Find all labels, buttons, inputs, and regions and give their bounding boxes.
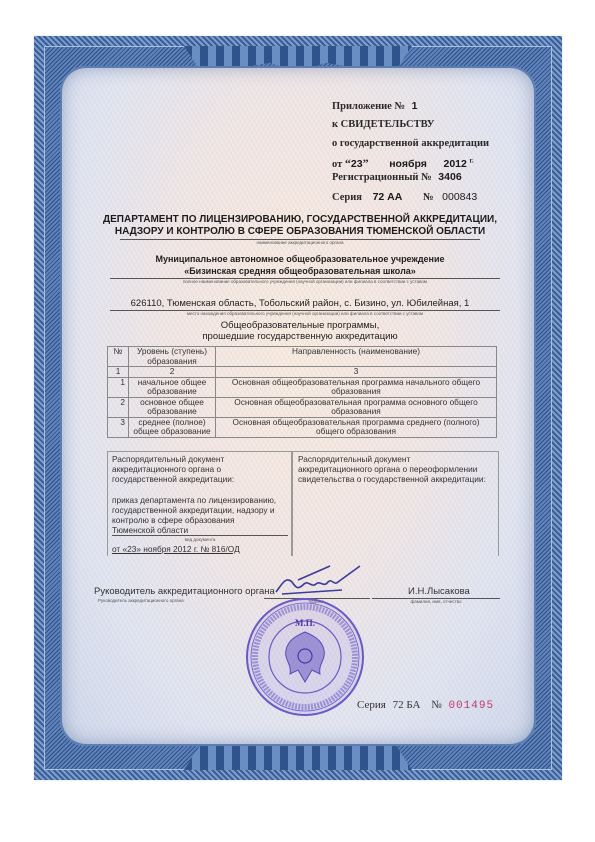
table-row: 3 среднее (полное) общее образование Осн… [108,417,497,437]
index-cell: 3 [216,367,497,378]
accreditation-order-body: приказ департамента по лицензированию, г… [112,495,288,525]
date-day: 23 [351,158,363,170]
programs-table: № Уровень (ступень) образования Направле… [107,346,497,438]
header-number: № [108,347,129,367]
row-program: Основная общеобразовательная программа о… [216,397,497,417]
accreditation-order-region: Тюменской области [112,525,288,535]
series-label: Серия [332,192,362,203]
document-type-caption: вид документа [112,537,288,542]
appendix-number: 1 [412,100,418,112]
header-level: Уровень (ступень) образования [129,347,216,367]
registration-label: Регистрационный № [332,172,432,183]
registration-line: Регистрационный № 3406 [332,171,462,183]
blank-series-value: 72 БА [393,699,421,711]
row-number: 2 [108,397,129,417]
institution-address: 626110, Тюменская область, Тобольский ра… [100,298,500,309]
programs-title: Общеобразовательные программы, прошедшие… [100,320,500,342]
date-suffix: г. [469,157,473,165]
date-year: 2012 [443,158,466,170]
institution-caption: полное наименование образовательного учр… [110,279,500,284]
date-month: ноября [389,158,427,170]
institution-name: Муниципальное автономное общеобразовател… [100,253,500,277]
reissue-order-box: Распорядительный документ аккредитационн… [291,451,499,556]
programs-title-line-2: прошедшие государственную аккредитацию [100,331,500,342]
series-line: Серия 72 АА № 000843 [332,191,477,203]
table-index-row: 1 2 3 [108,367,497,378]
official-seal-icon: М.П. [244,596,366,718]
row-level: основное общее образование [129,397,216,417]
department-line-2: НАДЗОРУ И КОНТРОЛЮ В СФЕРЕ ОБРАЗОВАНИЯ Т… [100,226,500,238]
signatory-role-caption: Руководитель аккредитационного органа [98,598,184,603]
row-program: Основная общеобразовательная программа н… [216,377,497,397]
svg-text:М.П.: М.П. [295,618,315,628]
document-type-rule [112,535,288,536]
date-prefix: от [332,159,342,170]
accreditation-order-box: Распорядительный документ аккредитационн… [107,451,293,556]
row-level: начальное общее образование [129,377,216,397]
to-certificate-label: к СВИДЕТЕЛЬСТВУ [332,119,434,130]
header-program: Направленность (наименование) [216,347,497,367]
table-header-row: № Уровень (ступень) образования Направле… [108,347,497,367]
accreditation-label: о государственной аккредитации [332,138,489,149]
row-number: 1 [108,377,129,397]
table-row: 1 начальное общее образование Основная о… [108,377,497,397]
row-level: среднее (полное) общее образование [129,417,216,437]
blank-series-label: Серия [357,699,386,711]
address-caption: место нахождения образовательного учрежд… [110,311,500,316]
signatory-name-caption: фамилия, имя, отчество [372,599,500,604]
reissue-order-title: Распорядительный документ аккредитационн… [298,454,486,484]
signatory-name: И.Н.Лысакова [408,586,470,597]
institution-line-2: «Бизинская средняя общеобразовательная ш… [100,265,500,277]
table-row: 2 основное общее образование Основная об… [108,397,497,417]
date-line: от “23” ноября 2012 г. [332,156,502,171]
number-label: № [423,192,434,203]
registration-number: 3406 [438,171,461,183]
appendix-label: Приложение № [332,101,405,112]
department-caption: наименование аккредитационного органа [120,240,480,245]
programs-title-line-1: Общеобразовательные программы, [100,320,500,331]
row-program: Основная общеобразовательная программа с… [216,417,497,437]
department-line-1: ДЕПАРТАМЕНТ ПО ЛИЦЕНЗИРОВАНИЮ, ГОСУДАРСТ… [100,214,500,226]
row-number: 3 [108,417,129,437]
number-value: 000843 [442,191,477,203]
blank-number-value: 001495 [448,700,494,712]
index-cell: 1 [108,367,129,378]
institution-line-1: Муниципальное автономное общеобразовател… [100,253,500,265]
index-cell: 2 [129,367,216,378]
accreditation-order-title: Распорядительный документ аккредитационн… [112,454,284,484]
accreditation-order-date: от «23» ноября 2012 г. № 816/ОД [112,544,288,554]
appendix-line: Приложение № 1 [332,100,417,112]
series-value: 72 АА [373,191,403,203]
blank-series-line: Серия 72 БА № 001495 [357,699,494,712]
bottom-ornament [184,742,412,770]
blank-number-label: № [431,699,442,711]
department-name: ДЕПАРТАМЕНТ ПО ЛИЦЕНЗИРОВАНИЮ, ГОСУДАРСТ… [100,214,500,238]
